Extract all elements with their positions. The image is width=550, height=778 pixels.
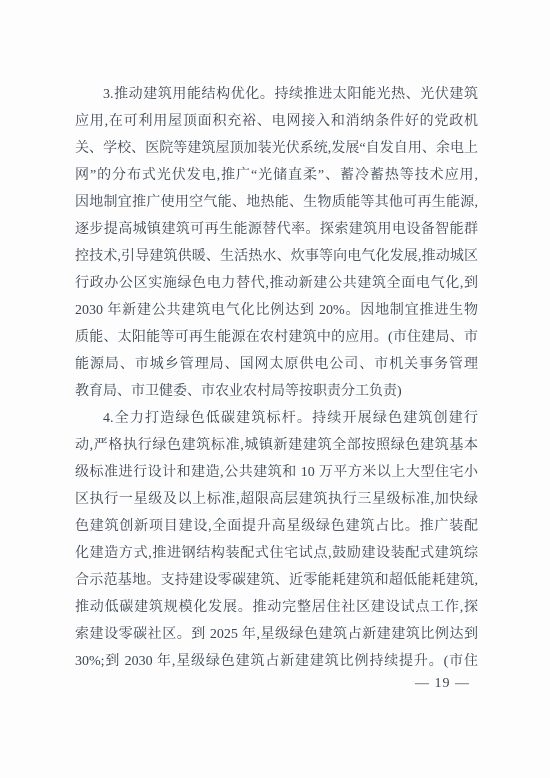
text-line: 动,严格执行绿色建筑标准,城镇新建建筑全部按照绿色建筑基本	[75, 432, 478, 459]
text-line: 能源局、市城乡管理局、国网太原供电公司、市机关事务管理局、市	[75, 351, 478, 378]
text-line: 应用,在可利用屋顶面积充裕、电网接入和消纳条件好的党政机	[75, 108, 478, 135]
text-line: 推动低碳建筑规模化发展。推动完整居住社区建设试点工作,探	[75, 594, 478, 621]
paragraph-item-4: 4.全力打造绿色低碳建筑标杆。持续开展绿色建筑创建行 动,严格执行绿色建筑标准,…	[75, 405, 478, 675]
text-line: 色建筑创新项目建设,全面提升高星级绿色建筑占比。推广装配	[75, 513, 478, 540]
text-line: 3.推动建筑用能结构优化。持续推进太阳能光热、光伏建筑	[75, 81, 478, 108]
text-line: 因地制宜推广使用空气能、地热能、生物质能等其他可再生能源,	[75, 189, 478, 216]
text-line: 30%;到 2030 年,星级绿色建筑占新建建筑比例持续提升。(市住	[75, 648, 478, 675]
page-number: — 19 —	[415, 676, 470, 692]
text-line: 质能、太阳能等可再生能源在农村建筑中的应用。(市住建局、市	[75, 324, 478, 351]
text-line: 区执行一星级及以上标准,超限高层建筑执行三星级标准,加快绿	[75, 486, 478, 513]
text-line: 关、学校、医院等建筑屋顶加装光伏系统,发展“自发自用、余电上	[75, 135, 478, 162]
text-line: 合示范基地。支持建设零碳建筑、近零能耗建筑和超低能耗建筑,	[75, 567, 478, 594]
text-line: 网”的分布式光伏发电,推广“光储直柔”、蓄冷蓄热等技术应用,	[75, 162, 478, 189]
text-line: 4.全力打造绿色低碳建筑标杆。持续开展绿色建筑创建行	[75, 405, 478, 432]
text-line: 控技术,引导建筑供暖、生活热水、炊事等向电气化发展,推动城区	[75, 243, 478, 270]
text-line: 索建设零碳社区。到 2025 年,星级绿色建筑占新建建筑比例达到	[75, 621, 478, 648]
document-page: 3.推动建筑用能结构优化。持续推进太阳能光热、光伏建筑 应用,在可利用屋顶面积充…	[0, 0, 550, 778]
document-body: 3.推动建筑用能结构优化。持续推进太阳能光热、光伏建筑 应用,在可利用屋顶面积充…	[75, 81, 478, 675]
text-line: 化建造方式,推进钢结构装配式住宅试点,鼓励建设装配式建筑综	[75, 540, 478, 567]
text-line: 2030 年新建公共建筑电气化比例达到 20%。因地制宜推进生物	[75, 297, 478, 324]
text-line: 行政办公区实施绿色电力替代,推动新建公共建筑全面电气化,到	[75, 270, 478, 297]
paragraph-item-3: 3.推动建筑用能结构优化。持续推进太阳能光热、光伏建筑 应用,在可利用屋顶面积充…	[75, 81, 478, 405]
text-line: 教育局、市卫健委、市农业农村局等按职责分工负责)	[75, 378, 478, 405]
text-line: 逐步提高城镇建筑可再生能源替代率。探索建筑用电设备智能群	[75, 216, 478, 243]
text-line: 级标准进行设计和建造,公共建筑和 10 万平方米以上大型住宅小	[75, 459, 478, 486]
